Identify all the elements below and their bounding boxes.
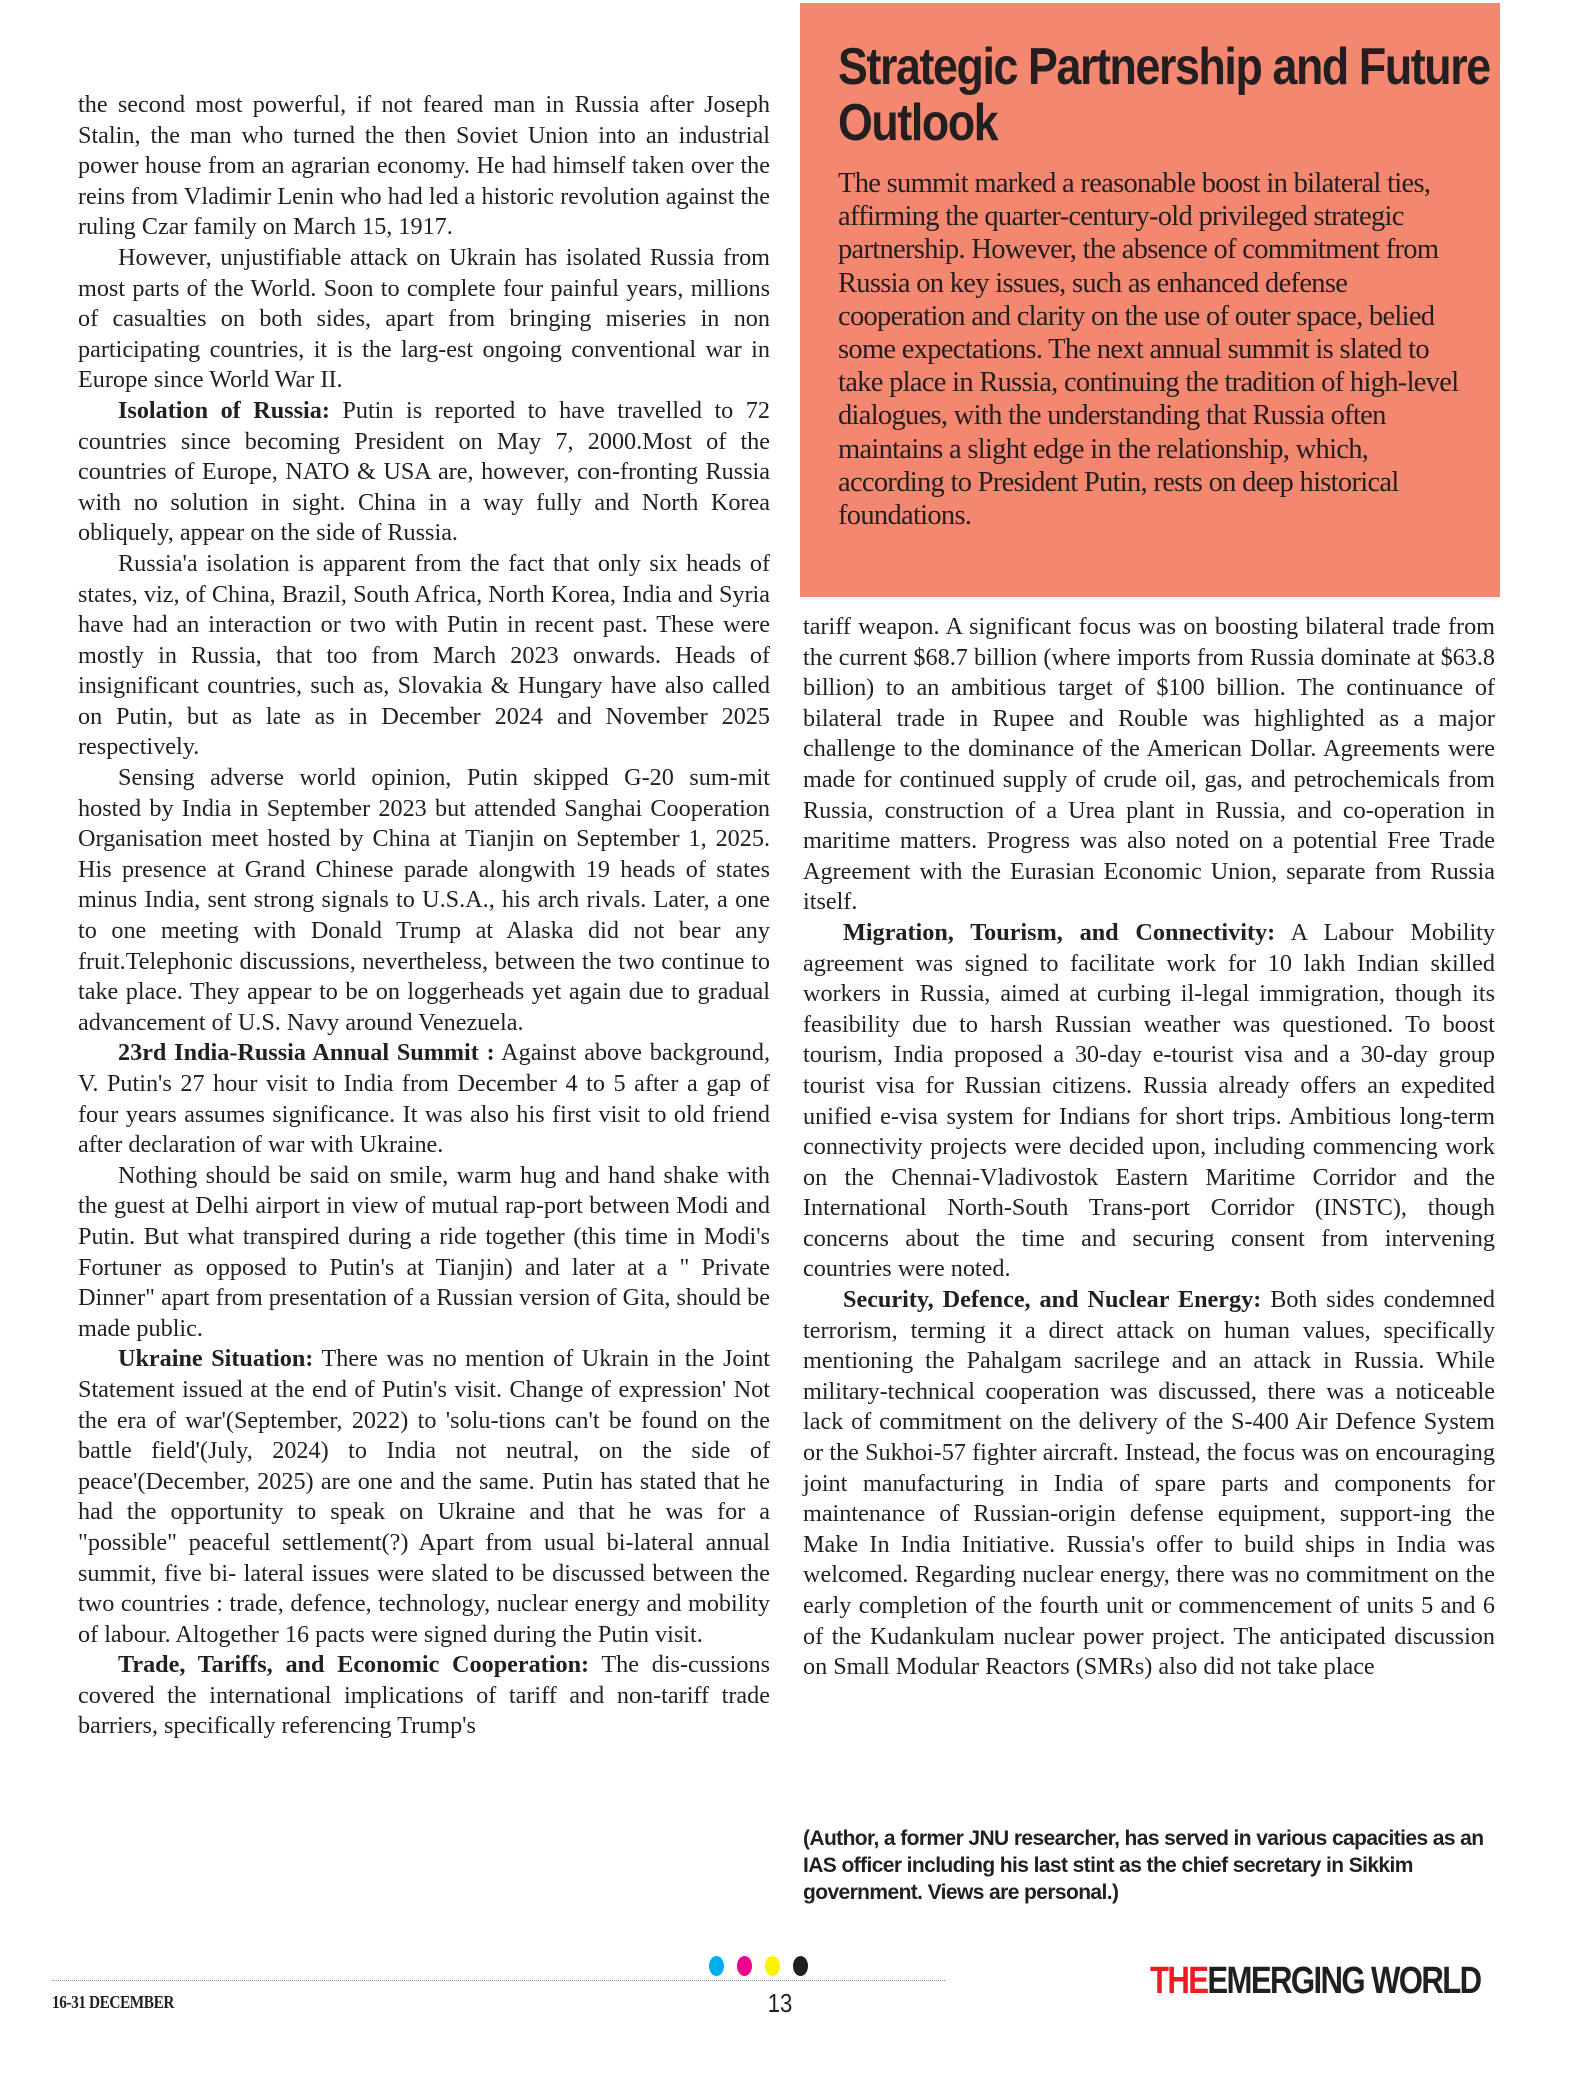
paragraph-text: However, unjustifiable attack on Ukrain … xyxy=(78,244,770,393)
sidebar-highlight-box: Strategic Partnership and Future Outlook… xyxy=(800,3,1500,597)
right-article-column: tariff weapon. A significant focus was o… xyxy=(803,612,1495,1683)
paragraph-heading: 23rd India-Russia Annual Summit : xyxy=(118,1039,495,1066)
paragraph-text: tariff weapon. A significant focus was o… xyxy=(803,613,1495,915)
paragraph-text: A Labour Mobility agreement was signed t… xyxy=(803,919,1495,1283)
paragraph-annual-summit: 23rd India-Russia Annual Summit : Agains… xyxy=(78,1038,770,1160)
paragraph: tariff weapon. A significant focus was o… xyxy=(803,612,1495,918)
paragraph-heading: Security, Defence, and Nuclear Energy: xyxy=(843,1286,1261,1313)
issue-date: 16-31 DECEMBER xyxy=(52,1992,174,2013)
paragraph-heading: Trade, Tariffs, and Economic Cooperation… xyxy=(118,1651,589,1678)
paragraph-text: Both sides condemned terrorism, terming … xyxy=(803,1286,1495,1680)
page-number: 13 xyxy=(746,1988,814,2019)
paragraph-security-defence: Security, Defence, and Nuclear Energy: B… xyxy=(803,1285,1495,1683)
paragraph-isolation-of-russia: Isolation of Russia: Putin is reported t… xyxy=(78,396,770,549)
paragraph-ukraine-situation: Ukraine Situation: There was no mention … xyxy=(78,1344,770,1650)
yellow-dot-icon xyxy=(765,1956,780,1976)
paragraph-heading: Isolation of Russia: xyxy=(118,397,330,424)
paragraph-text: Russia'a isolation is apparent from the … xyxy=(78,550,770,761)
paragraph-heading: Migration, Tourism, and Connectivity: xyxy=(843,919,1275,946)
paragraph: the second most powerful, if not feared … xyxy=(78,90,770,243)
paragraph: Nothing should be said on smile, warm hu… xyxy=(78,1161,770,1345)
paragraph-text: the second most powerful, if not feared … xyxy=(78,91,770,240)
brand-logo-the: THE xyxy=(1150,1960,1207,2002)
paragraph: Sensing adverse world opinion, Putin ski… xyxy=(78,763,770,1038)
paragraph-migration-tourism: Migration, Tourism, and Connectivity: A … xyxy=(803,918,1495,1285)
paragraph-text: Sensing adverse world opinion, Putin ski… xyxy=(78,764,770,1036)
cyan-dot-icon xyxy=(709,1956,724,1976)
registration-marks xyxy=(709,1956,808,1982)
paragraph-trade-tariffs: Trade, Tariffs, and Economic Cooperation… xyxy=(78,1650,770,1742)
author-note: (Author, a former JNU researcher, has se… xyxy=(803,1825,1503,1906)
sidebar-title: Strategic Partnership and Future Outlook xyxy=(838,39,1492,151)
black-dot-icon xyxy=(793,1956,808,1976)
paragraph-text: There was no mention of Ukrain in the Jo… xyxy=(78,1345,770,1647)
paragraph: However, unjustifiable attack on Ukrain … xyxy=(78,243,770,396)
brand-logo-name: EMERGING WORLD xyxy=(1207,1960,1480,2002)
left-article-column: the second most powerful, if not feared … xyxy=(78,90,770,1742)
paragraph: Russia'a isolation is apparent from the … xyxy=(78,549,770,763)
paragraph-heading: Ukraine Situation: xyxy=(118,1345,313,1372)
sidebar-body: The summit marked a reasonable boost in … xyxy=(838,167,1470,532)
footer-divider xyxy=(52,1980,945,1981)
brand-logo: THEEMERGING WORLD xyxy=(1150,1960,1480,2003)
magenta-dot-icon xyxy=(737,1956,752,1976)
paragraph-text: Nothing should be said on smile, warm hu… xyxy=(78,1162,770,1342)
